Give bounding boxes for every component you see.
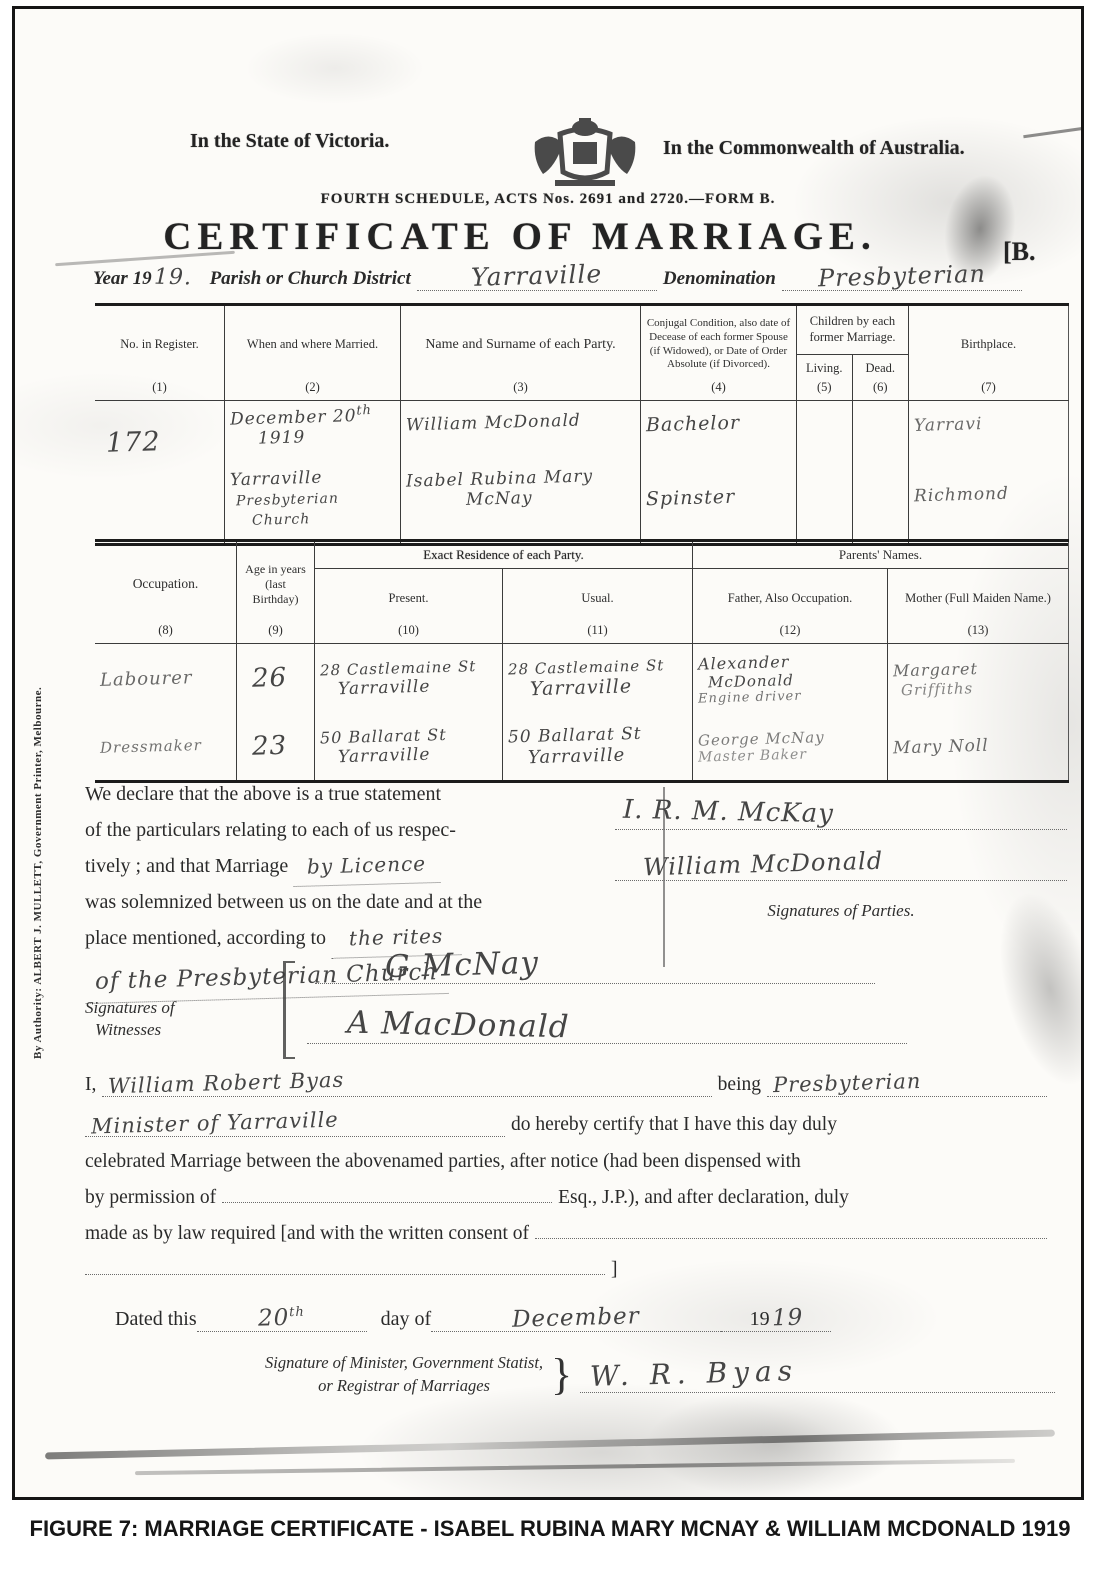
present-residence-cell: 28 Castlemaine St Yarraville [315,644,503,712]
col-occupation: Occupation. (8) [95,542,237,643]
col-children: Children by each former Marriage. Living… [797,306,909,400]
consent-label: made as by law required [and with the wr… [85,1223,529,1245]
parties-signatures: I. R. M. McKay William McDonald Signatur… [615,797,1067,921]
i-label: I, [85,1074,96,1096]
minister-of-field: Minister of Yarraville [85,1111,505,1137]
figure-caption: FIGURE 7: MARRIAGE CERTIFICATE - ISABEL … [0,1516,1100,1542]
parish-value: Yarraville [471,259,603,292]
col-birthplace: Birthplace. (7) [909,306,1069,400]
minister-signature-line: W. R. Byas [580,1357,1055,1393]
marriage-table-lower: Occupation. (8) Age in years (last Birth… [95,539,1069,783]
minister-certification: I, William Robert Byas being Presbyteria… [85,1071,1053,1295]
day-of-label: day of [381,1308,432,1331]
signatures-of-witnesses-label: Signatures of Witnesses [85,997,175,1041]
certificate-scan: In the State of Victoria. In the Commonw… [12,6,1084,1500]
table-header-row: Occupation. (8) Age in years (last Birth… [95,542,1069,644]
year-field: 1919 [721,1305,831,1332]
col-father: Father, Also Occupation. (12) [693,569,888,643]
usual-residence-cell: 50 Ballarat St Yarraville [503,712,693,780]
birthplace-cell: Yarravi Richmond [909,401,1069,543]
dated-label: Dated this [115,1308,197,1331]
denomination-value: Presbyterian [818,260,987,293]
parish-label: Parish or Church District [210,268,411,290]
scan-stain [645,1389,905,1499]
schedule-line: FOURTH SCHEDULE, ACTS Nos. 2691 and 2720… [15,191,1081,208]
children-cell [797,401,909,543]
col-names: Name and Surname of each Party. (3) [401,306,641,400]
bride-signature-line: I. R. M. McKay [615,797,1067,830]
col-dead: Dead. (6) [853,355,909,400]
minister-signature-block: Signature of Minister, Government Statis… [265,1349,1055,1400]
consent-field-2 [85,1274,605,1275]
day-field: 20th [197,1305,367,1332]
witness-bracket [283,961,295,1059]
father-cell: George McNay Master Baker [693,712,888,780]
table-row-bride: Dressmaker 23 50 Ballarat St Yarraville … [95,712,1069,780]
col-age: Age in years (last Birthday) (9) [237,542,315,643]
groom-signature-line: William McDonald [615,850,1067,881]
names-cell: William McDonald Isabel Rubina Mary McNa… [401,401,641,543]
dated-line: Dated this 20th day of December 1919 [115,1305,985,1332]
year-label: Year 19 [93,268,152,290]
when-where-cell: December 20th 1919 Yarraville Presbyteri… [225,401,401,543]
witness-signature-line: A MacDonald [307,1007,907,1044]
certificate-title: CERTIFICATE OF MARRIAGE. [85,214,955,259]
col-mother: Mother (Full Maiden Name.) (13) [888,569,1068,643]
col-usual: Usual. (11) [503,569,692,643]
occupation-cell: Labourer [95,644,237,712]
occupation-cell: Dressmaker [95,712,237,780]
commonwealth-heading: In the Commonwealth of Australia. [663,137,965,160]
brace-right: } [551,1349,572,1400]
register-no-cell: 172 [95,401,225,543]
dead-cell [853,401,909,543]
month-field: December [431,1305,721,1332]
age-cell: 23 [237,712,315,780]
col-parents-group: Parents' Names. Father, Also Occupation.… [693,542,1069,643]
denomination-field: Presbyterian [782,262,1022,291]
licence-value: by Licence [293,846,441,887]
signatures-of-parties-label: Signatures of Parties. [615,901,1067,921]
printer-authority-text: By Authority: ALBERT J. MULLETT, Governm… [32,539,44,1059]
parish-field: Yarraville [417,261,657,291]
age-cell: 26 [237,644,315,712]
col-conjugal: Conjugal Condition, also date of Decease… [641,306,797,400]
permission-label: by permission of [85,1187,216,1209]
year-line: Year 19 19. Parish or Church District Ya… [93,261,1028,291]
marriage-table-upper: No. in Register. (1) When and where Marr… [95,303,1069,546]
mother-cell: Mary Noll [888,712,1069,780]
scan-stain [1023,123,1084,138]
witness-signature-line: G McNay [315,947,875,984]
table-row: 172 December 20th 1919 Yarraville Presby… [95,401,1069,543]
col-register: No. in Register. (1) [95,306,225,400]
permission-field [222,1202,552,1203]
col-residence-group: Exact Residence of each Party. Present. … [315,542,693,643]
present-residence-cell: 50 Ballarat St Yarraville [315,712,503,780]
father-cell: Alexander McDonald Engine driver [693,644,888,712]
col-present: Present. (10) [315,569,503,643]
table-header-row: No. in Register. (1) When and where Marr… [95,306,1069,401]
mother-cell: Margaret Griffiths [888,644,1069,712]
consent-field [535,1238,1047,1239]
table-row-groom: Labourer 26 28 Castlemaine St Yarraville… [95,644,1069,712]
living-cell [797,401,853,543]
conjugal-cell: Bachelor Spinster [641,401,797,543]
denomination-label: Denomination [663,268,776,290]
col-when-where: When and where Married. (2) [225,306,401,400]
minister-name-field: William Robert Byas [102,1071,711,1097]
usual-residence-cell: 28 Castlemaine St Yarraville [503,644,693,712]
col-living: Living. (5) [797,355,853,400]
year-value: 19. [153,265,192,291]
being-label: being [718,1074,761,1096]
state-heading: In the State of Victoria. [190,130,389,153]
coat-of-arms-icon [515,112,655,202]
being-field: Presbyterian [767,1071,1047,1097]
